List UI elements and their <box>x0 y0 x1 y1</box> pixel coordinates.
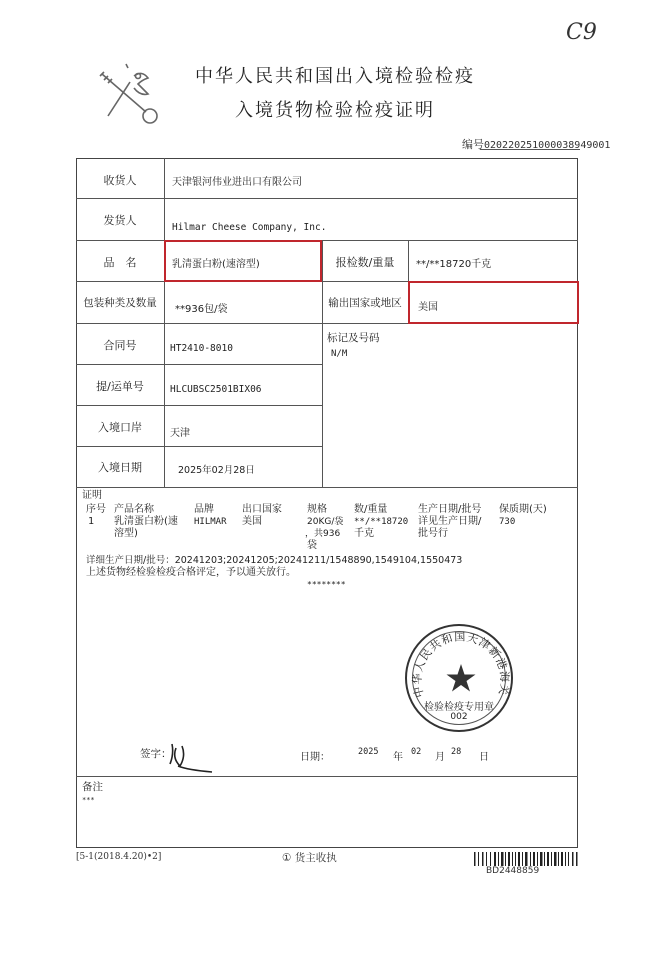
packaging-label: 包装种类及数量 <box>76 295 164 310</box>
row-divider <box>76 240 578 241</box>
customs-emblem-icon <box>94 54 168 128</box>
form-code: [5-1(2018.4.20)•2] <box>76 852 161 862</box>
cell-country: 美国 <box>242 516 262 528</box>
sign-day: 28 <box>451 746 461 758</box>
row-divider <box>76 198 578 199</box>
cell-no: 1 <box>88 516 94 528</box>
cell-spec-line3: 袋 <box>307 540 317 552</box>
seal-center-text: 检验检疫专用章 <box>407 698 511 713</box>
col-header-product: 产品名称 <box>114 504 154 516</box>
col-header-qty: 数/重量 <box>354 504 387 516</box>
row-divider <box>76 446 322 447</box>
cell-brand: HILMAR <box>194 516 227 528</box>
entry-port-value: 天津 <box>170 424 190 439</box>
cell-product-line1: 乳清蛋白粉(速 <box>114 516 178 528</box>
marks-value: N/M <box>331 349 347 359</box>
product-name-value: 乳清蛋白粉(速溶型) <box>172 255 260 270</box>
cell-batch-line2: 批号行 <box>418 528 448 540</box>
batch-detail-line: 详细生产日期/批号：20241203;20241205;20241211/154… <box>86 555 462 567</box>
barcode-number: BD2448859 <box>486 866 539 876</box>
row-divider <box>76 405 322 406</box>
col-header-spec: 规格 <box>307 504 327 516</box>
entry-date-value: 2025年02月28日 <box>178 462 255 476</box>
origin-country-label: 输出国家或地区 <box>322 295 408 310</box>
row-divider <box>76 364 322 365</box>
consignor-value: Hilmar Cheese Company, Inc. <box>172 222 326 233</box>
certification-end-mark: ******** <box>307 579 346 591</box>
handwritten-signature <box>166 740 216 780</box>
column-divider <box>322 240 323 487</box>
consignee-label: 收货人 <box>76 172 164 188</box>
certification-heading: 证明 <box>82 490 102 502</box>
quantity-weight-label: 报检数/重量 <box>322 254 408 270</box>
cell-product-line2: 溶型) <box>114 528 138 540</box>
col-header-batch: 生产日期/批号 <box>418 504 481 516</box>
contract-no-label: 合同号 <box>76 337 164 353</box>
col-header-no: 序号 <box>86 504 106 516</box>
seal-number: 002 <box>407 712 511 722</box>
remarks-value: *** <box>82 794 95 806</box>
copy-designation: ① 货主收执 <box>282 850 337 865</box>
col-header-country: 出口国家 <box>242 504 282 516</box>
cell-batch-line1: 详见生产日期/ <box>418 516 481 528</box>
official-seal: 中华人民共和国天津新港海关 检验检疫专用章 002 <box>405 624 513 732</box>
row-divider <box>76 487 578 488</box>
col-header-shelf-life: 保质期(天) <box>499 504 547 516</box>
document-title: 入境货物检验检疫证明 <box>180 96 490 122</box>
star-icon <box>447 664 476 692</box>
origin-country-value: 美国 <box>418 298 438 313</box>
sign-year: 2025 <box>358 746 378 758</box>
product-name-label: 品 名 <box>76 254 164 270</box>
certification-conclusion: 上述货物经检验检疫合格评定，予以通关放行。 <box>86 567 296 579</box>
cell-spec-line2: ，共936 <box>305 528 340 540</box>
handwritten-page-mark: C9 <box>566 20 597 45</box>
bill-no-label: 提/运单号 <box>76 378 164 394</box>
contract-no-value: HT2410-8010 <box>170 343 233 354</box>
marks-label: 标记及号码 <box>327 330 380 345</box>
sign-day-unit: 日 <box>479 752 489 764</box>
column-divider <box>164 158 165 487</box>
entry-date-label: 入境日期 <box>76 459 164 475</box>
quantity-weight-value: **/**18720千克 <box>416 255 491 270</box>
date-label: 日期： <box>300 752 330 764</box>
cell-qty-line1: **/**18720 <box>354 516 408 528</box>
cell-shelf-life: 730 <box>499 516 515 528</box>
sign-month-unit: 月 <box>435 752 445 764</box>
cell-qty-line2: 千克 <box>354 528 374 540</box>
remarks-label: 备注 <box>82 781 103 793</box>
barcode <box>474 852 578 866</box>
document-title-authority: 中华人民共和国出入境检验检疫 <box>180 62 490 88</box>
consignor-label: 发货人 <box>76 212 164 228</box>
cell-spec-line1: 20KG/袋 <box>307 516 343 528</box>
row-divider <box>76 776 578 777</box>
sign-year-unit: 年 <box>393 752 403 764</box>
col-header-brand: 品牌 <box>194 504 214 516</box>
entry-port-label: 入境口岸 <box>76 419 164 435</box>
bill-no-value: HLCUBSC2501BIX06 <box>170 384 262 395</box>
certificate-number-underline <box>480 149 580 150</box>
sign-month: 02 <box>411 746 421 758</box>
consignee-value: 天津银河伟业进出口有限公司 <box>172 173 302 188</box>
packaging-value: **936包/袋 <box>175 300 227 315</box>
